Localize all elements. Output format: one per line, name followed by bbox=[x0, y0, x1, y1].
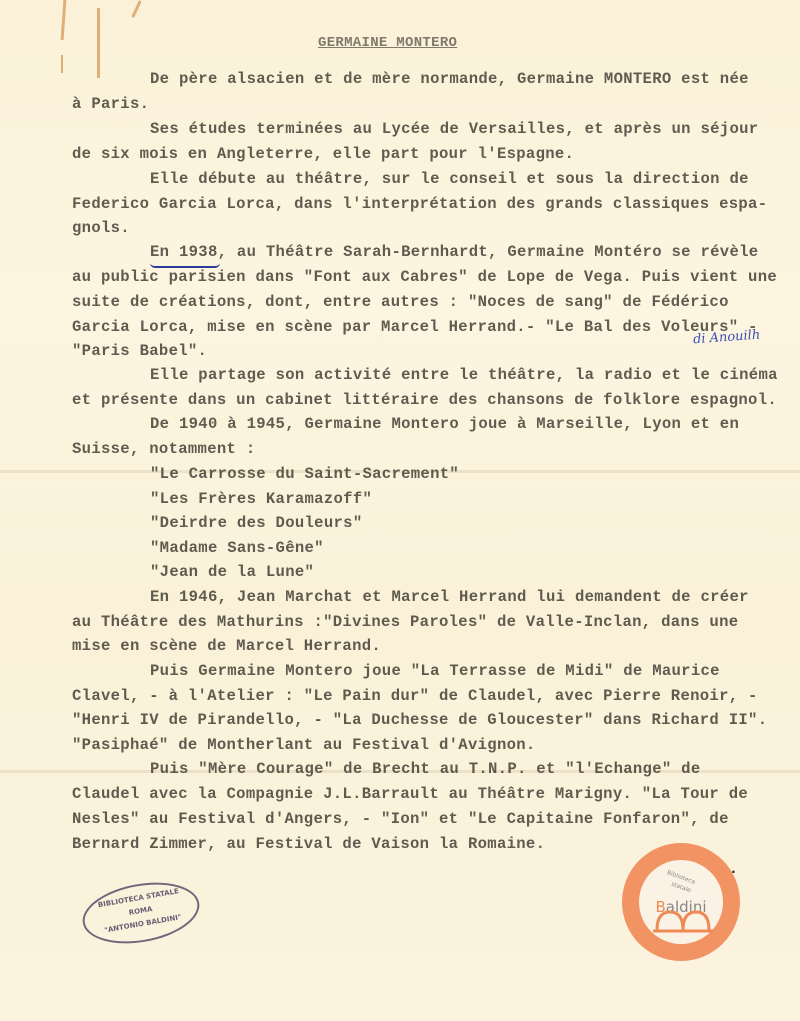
text-line: gnols. bbox=[72, 219, 130, 237]
handwritten-underline bbox=[150, 263, 220, 268]
text-line: En 1946, Jean Marchat et Marcel Herrand … bbox=[150, 588, 749, 606]
logo-inner-circle: Biblioteca statale Baldini bbox=[639, 860, 723, 944]
text-line: Garcia Lorca, mise en scène par Marcel H… bbox=[72, 318, 758, 336]
text-line: En 1938, au Théâtre Sarah-Bernhardt, Ger… bbox=[150, 243, 758, 261]
handwritten-note: di Anouilh bbox=[693, 328, 761, 348]
text-line: de six mois en Angleterre, elle part pou… bbox=[72, 145, 574, 163]
text-line: au Théâtre des Mathurins :"Divines Parol… bbox=[72, 613, 738, 631]
library-stamp: BIBLIOTECA STATALE ROMA "ANTONIO BALDINI… bbox=[78, 874, 204, 952]
play-list-item: "Jean de la Lune" bbox=[150, 563, 314, 581]
text-line: au public parisien dans "Font aux Cabres… bbox=[72, 268, 777, 286]
text-line: "Pasiphaé" de Montherlant au Festival d'… bbox=[72, 736, 536, 754]
text-line: Bernard Zimmer, au Festival de Vaison la… bbox=[72, 835, 545, 853]
text-line: et présente dans un cabinet littéraire d… bbox=[72, 391, 777, 409]
play-list-item: "Le Carrosse du Saint-Sacrement" bbox=[150, 465, 459, 483]
document-page: GERMAINE MONTERO De père alsacien et de … bbox=[0, 0, 800, 1021]
baldini-logo: Biblioteca statale Baldini bbox=[622, 843, 740, 961]
text-line: De père alsacien et de mère normande, Ge… bbox=[150, 70, 749, 88]
rust-stain bbox=[97, 8, 100, 78]
play-list-item: "Les Frères Karamazoff" bbox=[150, 490, 372, 508]
text-line: "Paris Babel". bbox=[72, 342, 207, 360]
text-line: Clavel, - à l'Atelier : "Le Pain dur" de… bbox=[72, 687, 758, 705]
rust-stain bbox=[61, 55, 63, 73]
text-line: Elle débute au théâtre, sur le conseil e… bbox=[150, 170, 749, 188]
text-line: Federico Garcia Lorca, dans l'interpréta… bbox=[72, 195, 767, 213]
text-line: Suisse, notamment : bbox=[72, 440, 256, 458]
text-line: De 1940 à 1945, Germaine Montero joue à … bbox=[150, 415, 739, 433]
text-line: Claudel avec la Compagnie J.L.Barrault a… bbox=[72, 785, 748, 803]
text-line: Puis Germaine Montero joue "La Terrasse … bbox=[150, 662, 720, 680]
text-line: Elle partage son activité entre le théât… bbox=[150, 366, 778, 384]
text-line: Ses études terminées au Lycée de Versail… bbox=[150, 120, 758, 138]
text-line: suite de créations, dont, entre autres :… bbox=[72, 293, 729, 311]
text-line: Nesles" au Festival d'Angers, - "Ion" et… bbox=[72, 810, 729, 828]
text-line: Puis "Mère Courage" de Brecht au T.N.P. … bbox=[150, 760, 701, 778]
rust-stain bbox=[131, 0, 141, 18]
document-title: GERMAINE MONTERO bbox=[318, 35, 457, 51]
rust-stain bbox=[61, 0, 67, 40]
open-book-icon bbox=[639, 860, 723, 944]
play-list-item: "Deirdre des Douleurs" bbox=[150, 514, 362, 532]
text-line: à Paris. bbox=[72, 95, 149, 113]
text-line: mise en scène de Marcel Herrand. bbox=[72, 637, 381, 655]
play-list-item: "Madame Sans-Gêne" bbox=[150, 539, 324, 557]
text-line: "Henri IV de Pirandello, - "La Duchesse … bbox=[72, 711, 767, 729]
